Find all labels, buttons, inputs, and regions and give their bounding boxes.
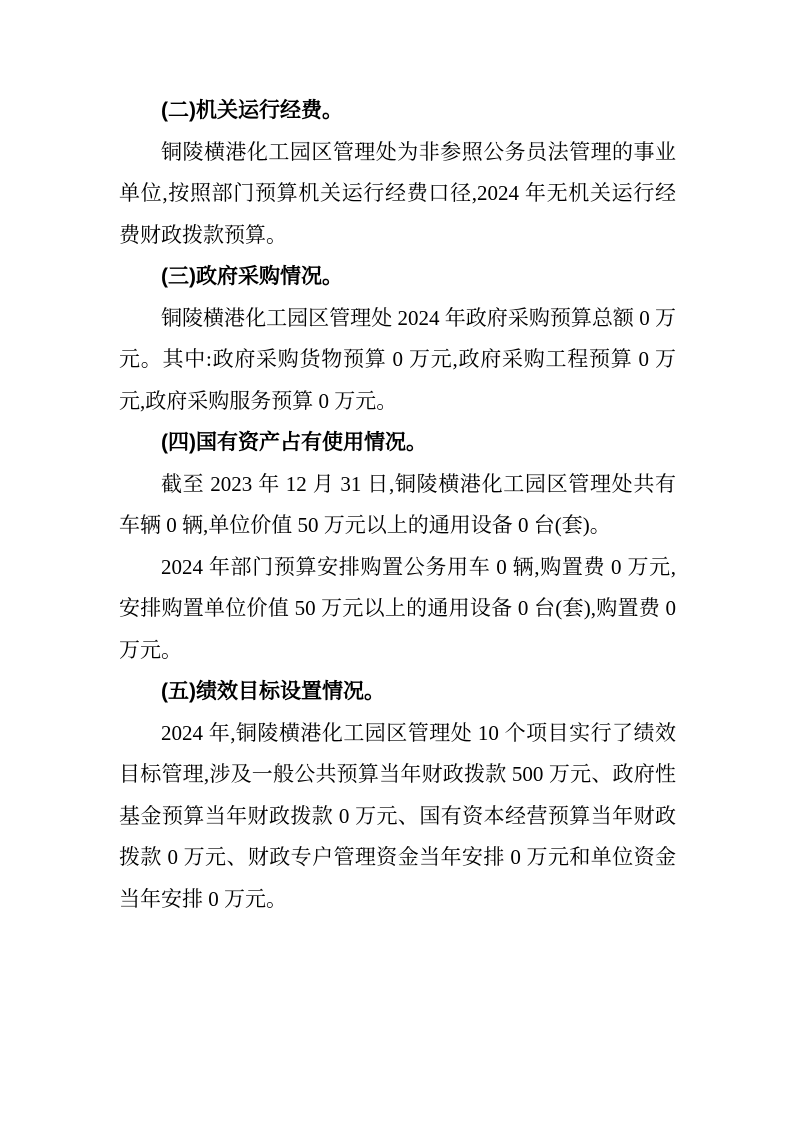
paragraph-agency-operating-costs: 铜陵横港化工园区管理处为非参照公务员法管理的事业单位,按照部门预算机关运行经费口…: [119, 132, 676, 257]
section-heading-state-owned-assets: (四)国有资产占有使用情况。: [119, 422, 676, 464]
paragraph-performance-targets: 2024 年,铜陵横港化工园区管理处 10 个项目实行了绩效目标管理,涉及一般公…: [119, 713, 676, 921]
paragraph-state-owned-assets-current: 截至 2023 年 12 月 31 日,铜陵横港化工园区管理处共有车辆 0 辆,…: [119, 464, 676, 547]
paragraph-state-owned-assets-budget: 2024 年部门预算安排购置公务用车 0 辆,购置费 0 万元,安排购置单位价值…: [119, 547, 676, 672]
section-heading-government-procurement: (三)政府采购情况。: [119, 256, 676, 298]
paragraph-government-procurement: 铜陵横港化工园区管理处 2024 年政府采购预算总额 0 万元。其中:政府采购货…: [119, 298, 676, 423]
document-page: (二)机关运行经费。 铜陵横港化工园区管理处为非参照公务员法管理的事业单位,按照…: [0, 0, 793, 1122]
section-heading-agency-operating-costs: (二)机关运行经费。: [119, 90, 676, 132]
section-heading-performance-targets: (五)绩效目标设置情况。: [119, 671, 676, 713]
document-text-block: (二)机关运行经费。 铜陵横港化工园区管理处为非参照公务员法管理的事业单位,按照…: [119, 90, 676, 920]
